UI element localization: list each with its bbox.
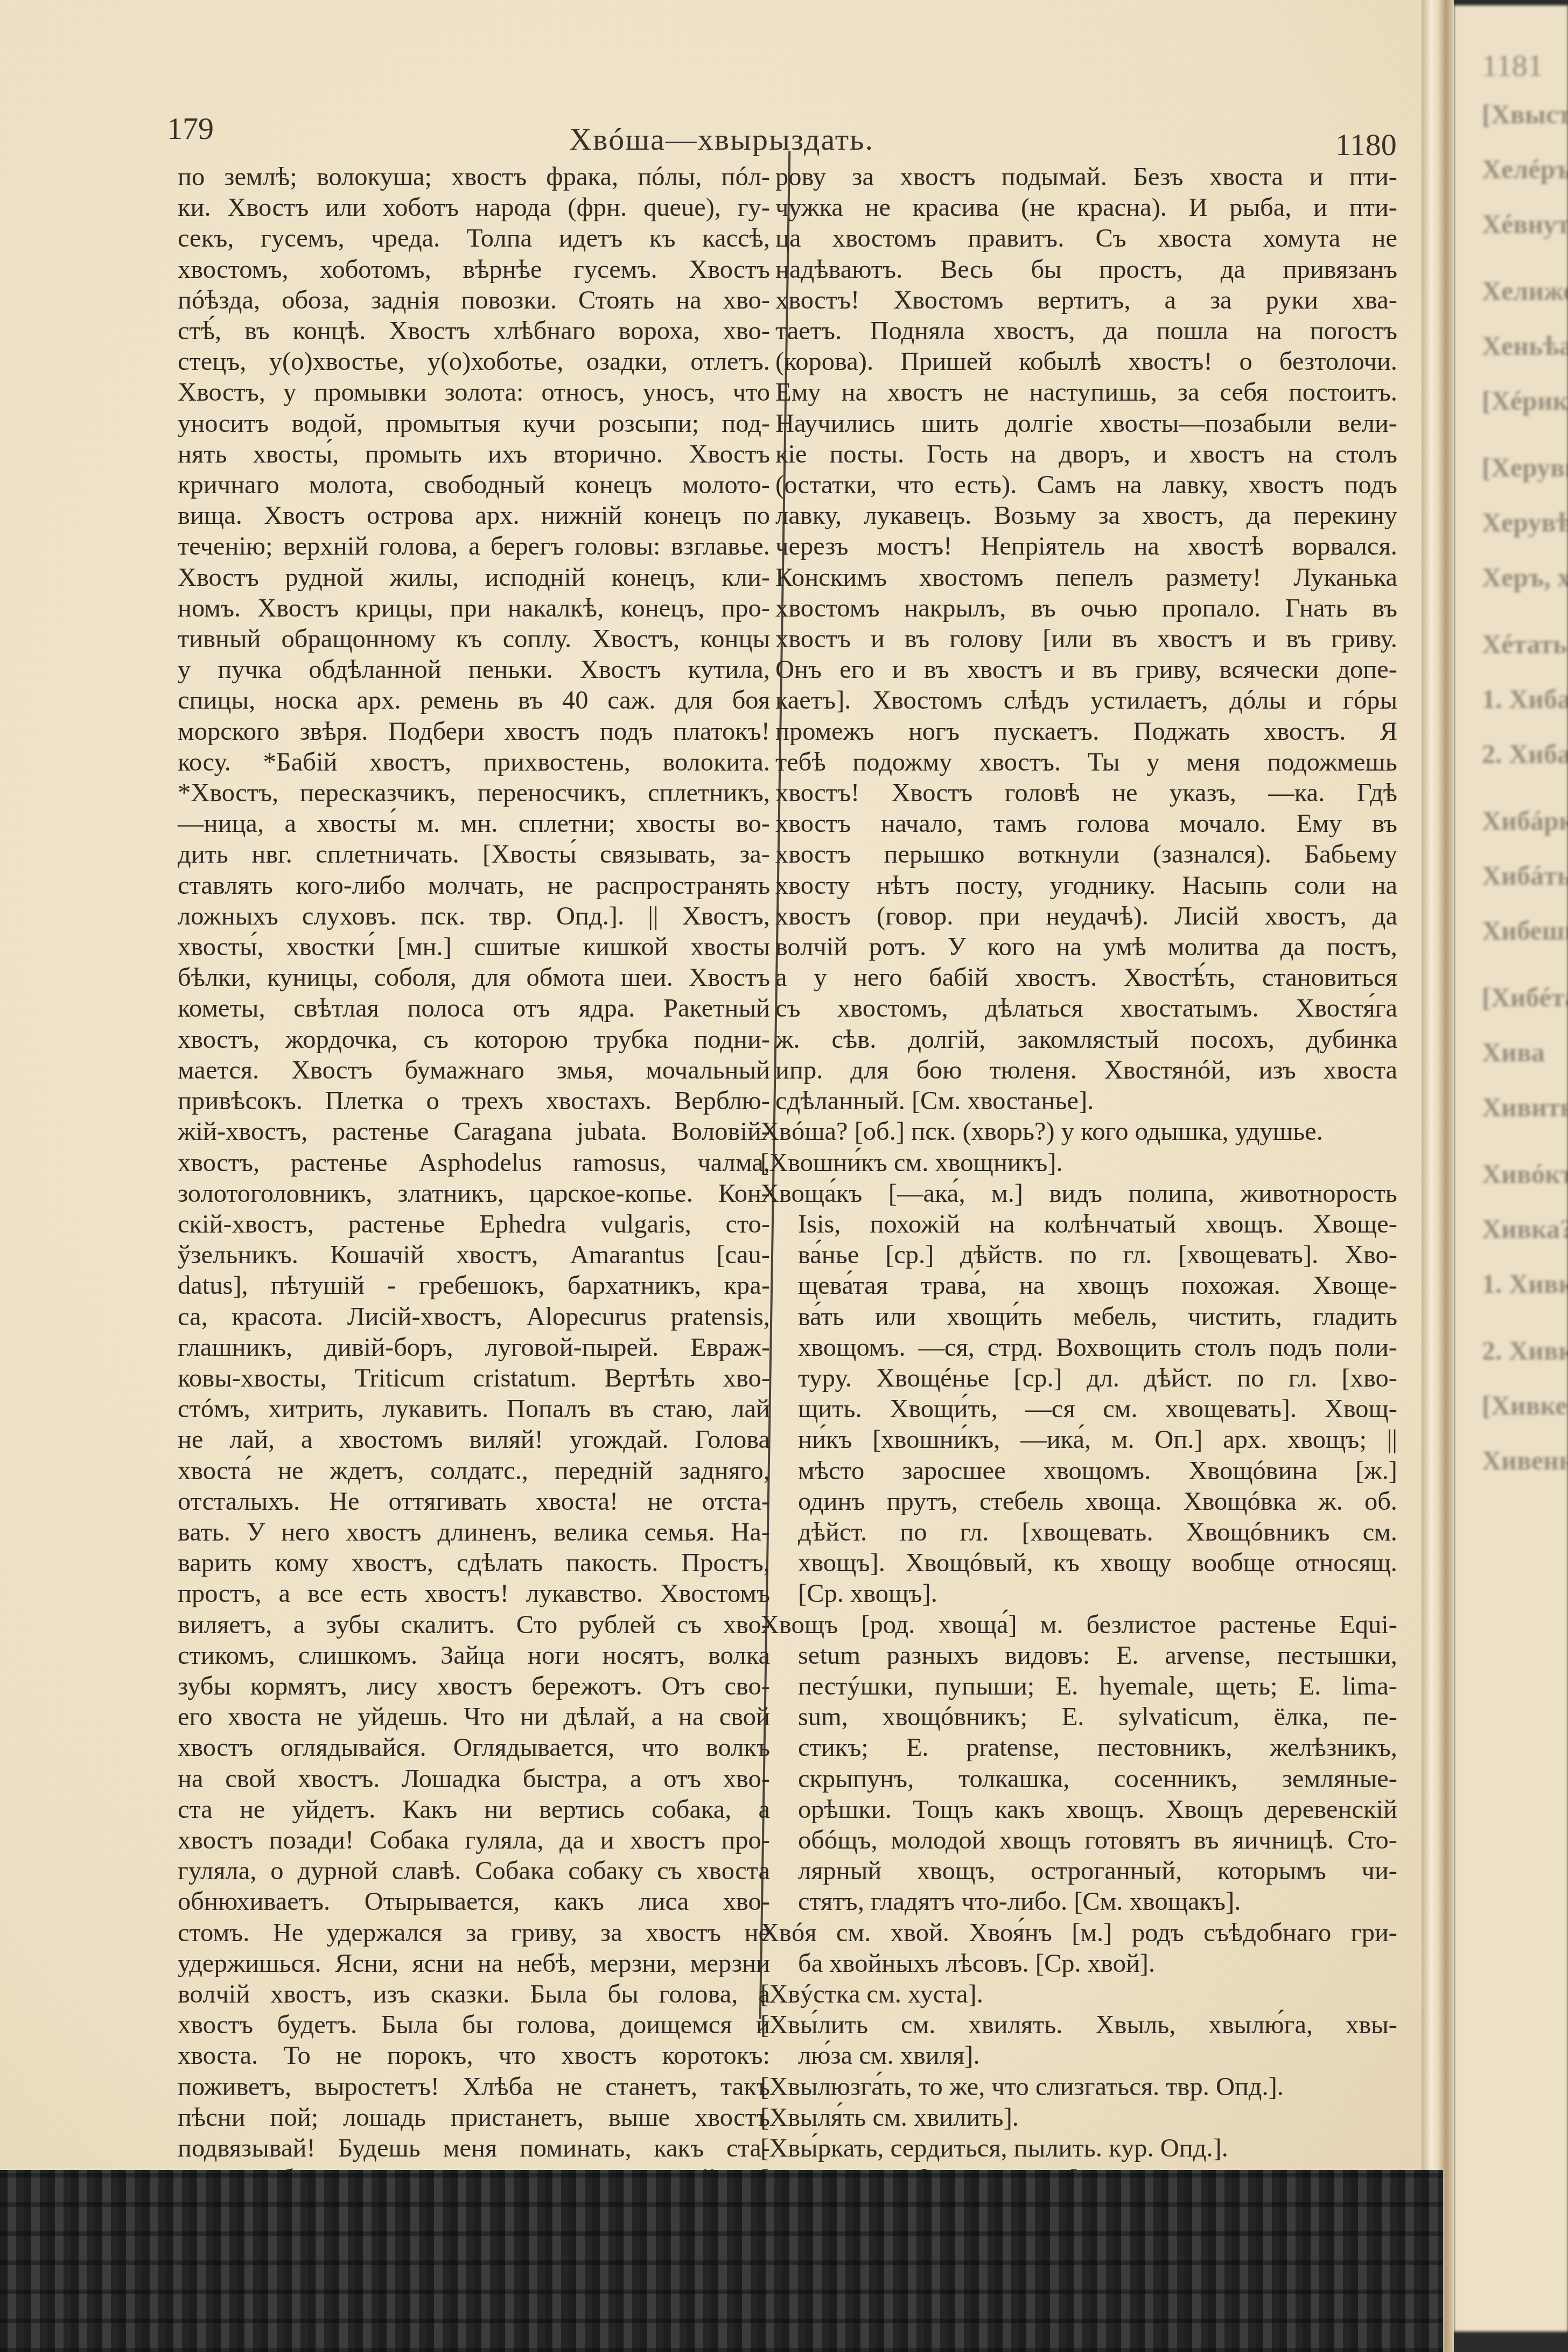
text-line: рову за хвостъ подымай. Безъ хвоста и пт… — [775, 162, 1397, 192]
text-line: гуляла, о дурной славѣ. Собака собаку съ… — [178, 1856, 770, 1886]
text-line: setum разныхъ видовъ: E. arvense, пестыш… — [760, 1640, 1397, 1671]
text-line: варить кому хвостъ, сдѣлать пакость. Про… — [178, 1548, 770, 1578]
book-page: 179 Хвóша—хвырыздать. 1180 по землѣ; вол… — [0, 0, 1443, 2181]
text-line: хвостомъ накрылъ, въ очью пропало. Гнать… — [775, 593, 1397, 624]
text-line: волчій хвостъ, изъ сказки. Была бы голов… — [178, 1979, 770, 2010]
text-line: косу. *Бабій хвостъ, прихвостень, волоки… — [178, 747, 770, 778]
page-number-right: 1180 — [1335, 127, 1397, 163]
text-line: хвостомъ, хоботомъ, вѣрнѣе гусемъ. Хвост… — [178, 254, 770, 285]
text-line: Онъ его и въ хвостъ и въ гриву, всячески… — [775, 654, 1397, 685]
text-line: лярный хвощъ, остроганный, которымъ чи- — [760, 1856, 1397, 1886]
entry-continuation: рову за хвостъ подымай. Безъ хвоста и пт… — [775, 162, 1397, 1116]
text-line: хвощъ]. Хвощóвый, къ хвощу вообще относя… — [760, 1548, 1397, 1578]
dictionary-entry: [Хвыля́ть см. хвилить]. — [760, 2102, 1397, 2133]
text-line: мѣсто заросшее хвощомъ. Хвощóвина [ж.] — [760, 1455, 1397, 1486]
text-line: [Хвы́ркать, сердиться, пылить. кур. Опд.… — [760, 2133, 1397, 2164]
text-line: стятъ, гладятъ что-либо. [См. хвощакъ]. — [760, 1886, 1397, 1917]
text-line: пóѣзда, обоза, заднія повозки. Стоять на… — [178, 285, 770, 316]
text-line: таетъ. Подняла хвостъ, да пошла на погос… — [775, 316, 1397, 346]
adjacent-page-line: 1. Хивка — [1482, 1266, 1568, 1301]
text-line: хвостъ (говор. при неудачѣ). Лисій хвост… — [775, 901, 1397, 932]
adjacent-page-line: [Хéрикъ — [1482, 383, 1568, 418]
text-line: тивный обращонному къ соплу. Хвостъ, кон… — [178, 624, 770, 654]
text-line: а у него бабій хвостъ. Хвостѣ́ть, станов… — [775, 962, 1397, 993]
text-line: ипр. для бою тюленя. Хвостянóй, изъ хвос… — [775, 1055, 1397, 1086]
text-line: кіе посты. Гость на дворъ, и хвостъ на с… — [775, 439, 1397, 470]
text-line: на свой хвостъ. Лошадка быстра, а отъ хв… — [178, 1763, 770, 1794]
text-line: дѣйст. по гл. [хвощевать. Хвощóвникъ см. — [760, 1517, 1397, 1548]
text-line: золотоголовникъ, златникъ, царское-копье… — [178, 1178, 770, 1209]
text-line: лю́за см. хвиля]. — [760, 2040, 1397, 2071]
text-line: хвостъ! Хвостомъ вертитъ, а за руки хва- — [775, 285, 1397, 316]
text-line: нять хвосты́, промыть ихъ вторично. Хвос… — [178, 439, 770, 470]
adjacent-page-line: Хибáрка — [1482, 803, 1568, 838]
text-line: sum, хвощóвникъ; E. sylvaticum, ёлка, пе… — [760, 1702, 1397, 1732]
adjacent-page-line: [Хивке — [1482, 1388, 1568, 1423]
text-line: секъ, гусемъ, чреда. Толпа идетъ къ касс… — [178, 223, 770, 254]
text-line: стецъ, у(о)хвостье, у(о)хоботье, озадки,… — [178, 346, 770, 377]
text-line: удержишься. Ясни, ясни на небѣ, мерзни, … — [178, 1948, 770, 1979]
page-header: 179 Хвóша—хвырыздать. 1180 — [0, 110, 1443, 159]
text-line: [Хвыля́ть см. хвилить]. — [760, 2102, 1397, 2133]
text-line: не лай, а хвостомъ виляй! угождай. Голов… — [178, 1424, 770, 1455]
text-line: ба хвойныхъ лѣсовъ. [Ср. хвой]. — [760, 1948, 1397, 1979]
text-line: щева́тая трава́, на хвощъ похожая. Хвоще… — [760, 1270, 1397, 1301]
text-line: хвостъ, растенье Asphodelus ramosus, чал… — [178, 1147, 770, 1178]
text-line: стикомъ, слишкомъ. Зайца ноги носятъ, во… — [178, 1640, 770, 1671]
text-line: хвоста. То не порокъ, что хвостъ короток… — [178, 2040, 770, 2071]
text-line: спицы, носка арх. ремень въ 40 саж. для … — [178, 685, 770, 716]
text-line: глашникъ, дивій-боръ, луговой-пырей. Евр… — [178, 1332, 770, 1363]
text-line: кричнаго молота, свободный конецъ молото… — [178, 470, 770, 500]
text-line: обнюхиваетъ. Отырывается, какъ лиса хво- — [178, 1886, 770, 1917]
text-line: простъ, а все есть хвостъ! лукавство. Хв… — [178, 1578, 770, 1609]
dictionary-entry: [Хвошни́къ см. хвощникъ]. — [760, 1147, 1397, 1178]
text-line: Хвóша? [об.] пск. (хворь?) у кого одышка… — [760, 1116, 1397, 1147]
text-line: ва́ть или хвощи́ть мебель, чистить, глад… — [760, 1301, 1397, 1332]
text-line: *Хвостъ, пересказчикъ, переносчикъ, спле… — [178, 778, 770, 808]
adjacent-page-text: [ХвыстáтьХелéръХéвнутьХелиженьХеньѣать[Х… — [1482, 97, 1568, 1510]
text-line: Хвóя см. хвой. Хвоя́нъ [м.] родъ съѣдобн… — [760, 1917, 1397, 1948]
text-line: стѣ́, въ концѣ. Хвостъ хлѣбнаго вороха, … — [178, 316, 770, 346]
text-line: волчій ротъ. У кого на умѣ молитва да по… — [775, 932, 1397, 962]
adjacent-page-line: [Хвыстáть — [1482, 97, 1568, 131]
dictionary-entry: [Хвылюзга́ть, то же, что слизгаться. твр… — [760, 2071, 1397, 2102]
text-line: номъ. Хвостъ крицы, при накалкѣ, конецъ,… — [178, 593, 770, 624]
dictionary-entry: [Хвы́лить см. хвилять. Хвыль, хвылю́га, … — [760, 2010, 1397, 2071]
text-line: стомъ. Не удержался за гриву, за хвостъ … — [178, 1917, 770, 1948]
text-line: вища. Хвостъ острова арх. нижній конецъ … — [178, 500, 770, 531]
adjacent-page-line: Хива — [1482, 1035, 1568, 1069]
text-line: Isis, похожій на колѣнчатый хвощъ. Хвоще… — [760, 1209, 1397, 1240]
adjacent-page-line: [Херувимовъ — [1482, 450, 1568, 485]
text-line: хвостъ начало, тамъ голова мочало. Ему в… — [775, 808, 1397, 839]
text-line: хвостъ, жордочка, съ которою трубка подн… — [178, 1024, 770, 1055]
adjacent-page-line: Хéтать — [1482, 627, 1568, 661]
adjacent-page-line: Херувѣмъ — [1482, 505, 1568, 540]
dictionary-entry: Хвóша? [об.] пск. (хворь?) у кого одышка… — [760, 1116, 1397, 1147]
running-title: Хвóша—хвырыздать. — [0, 121, 1443, 157]
adjacent-page-line: Хелижень — [1482, 274, 1568, 308]
text-line: обóщъ, молодой хвощъ готовятъ въ яичницѣ… — [760, 1825, 1397, 1856]
text-line: Научились шить долгіе хвосты—позабыли ве… — [775, 408, 1397, 439]
text-line: Хвостъ рудной жилы, исподній конецъ, кли… — [178, 562, 770, 593]
text-line: теченію; верхній голова, а берегъ головы… — [178, 531, 770, 562]
text-line: (корова). Пришей кобылѣ хвостъ! о безтол… — [775, 346, 1397, 377]
text-line: отсталыхъ. Не оттягивать хвоста! не отст… — [178, 1486, 770, 1517]
text-line: Конскимъ хвостомъ пепелъ размету! Лукань… — [775, 562, 1397, 593]
text-line: хвостъ перышко воткнули (зазнался). Бабь… — [775, 839, 1397, 870]
dictionary-entry: [Хвýстка см. хуста]. — [760, 1979, 1397, 2010]
text-line: Хвощъ [род. хвоща́] м. безлистое растень… — [760, 1609, 1397, 1640]
adjacent-page-line: Хивить — [1482, 1090, 1568, 1124]
text-line: щить. Хвощи́ть, —ся см. хвощевать]. Хвощ… — [760, 1394, 1397, 1424]
adjacent-page-line: Хивóкъ — [1482, 1157, 1568, 1191]
adjacent-page: 1181 [ХвыстáтьХелéръХéвнутьХелиженьХеньѣ… — [1454, 5, 1568, 2332]
text-line: черезъ мостъ! Непріятель на хвостѣ ворва… — [775, 531, 1397, 562]
adjacent-page-line: Хеньѣать — [1482, 328, 1568, 363]
book-gutter — [1422, 0, 1454, 2352]
text-line: datus], пѣтушій - гребешокъ, бархатникъ,… — [178, 1270, 770, 1301]
text-line: тебѣ подожму хвостъ. Ты у меня подожмешь — [775, 747, 1397, 778]
dictionary-entry: [Хвы́ркать, сердиться, пылить. кур. Опд.… — [760, 2133, 1397, 2164]
adjacent-page-line: 2. Хиба — [1482, 737, 1568, 771]
text-line: туру. Хвощéнье [ср.] дл. дѣйст. по гл. [… — [760, 1363, 1397, 1394]
dictionary-entry: Хвóя см. хвой. Хвоя́нъ [м.] родъ съѣдобн… — [760, 1917, 1397, 1979]
text-line: [Хвýстка см. хуста]. — [760, 1979, 1397, 2010]
text-line: жій-хвостъ, растенье Caragana jubata. Во… — [178, 1116, 770, 1147]
text-line: морского звѣря. Подбери хвостъ подъ плат… — [178, 716, 770, 747]
text-line: вать. У него хвостъ длиненъ, велика семь… — [178, 1517, 770, 1548]
text-line: хвостъ позади! Собака гуляла, да и хвост… — [178, 1825, 770, 1856]
text-line: орѣшки. Тощъ какъ хвощъ. Хвощъ деревенск… — [760, 1794, 1397, 1825]
left-column: по землѣ; волокуша; хвостъ фрака, пóлы, … — [178, 162, 770, 2194]
text-line: ковы-хвосты, Triticum cristatum. Вертѣть… — [178, 1363, 770, 1394]
text-line: хвосты́, хвостки́ [мн.] сшитые кишкой хв… — [178, 932, 770, 962]
text-line: хвостъ оглядывайся. Оглядывается, что во… — [178, 1732, 770, 1763]
adjacent-page-number: 1181 — [1482, 48, 1543, 83]
text-line: [Хвошни́къ см. хвощникъ]. — [760, 1147, 1397, 1178]
dictionary-entry: Хвоща́къ [—ака́, м.] видъ полипа, животн… — [760, 1178, 1397, 1609]
text-line: сдѣланный. [См. хвостанье]. — [775, 1086, 1397, 1116]
text-line: [Хвылюзга́ть, то же, что слизгаться. твр… — [760, 2071, 1397, 2102]
text-line: чужка не красива (не красна). И рыба, и … — [775, 192, 1397, 223]
text-line: хвоста́ не ждетъ, солдатс., передній зад… — [178, 1455, 770, 1486]
text-line: ки. Хвостъ или хоботъ народа (фрн. queue… — [178, 192, 770, 223]
text-line: съ хвостомъ, дѣлаться хвостатымъ. Хвостя… — [775, 993, 1397, 1024]
text-line: хвостъ! Хвостъ головѣ не указъ, —ка. Гдѣ — [775, 778, 1397, 808]
text-line: скій-хвостъ, растенье Ephedra vulgaris, … — [178, 1209, 770, 1240]
text-line: поживетъ, выростетъ! Хлѣба не станетъ, т… — [178, 2071, 770, 2102]
text-line: подвязывай! Будешь меня поминать, какъ с… — [178, 2133, 770, 2164]
text-line: кометы, свѣтлая полоса отъ ядра. Ракетны… — [178, 993, 770, 1024]
right-column: рову за хвостъ подымай. Безъ хвоста и пт… — [775, 162, 1397, 2194]
text-line: стóмъ, хитрить, лукавить. Попалъ въ стаю… — [178, 1394, 770, 1424]
text-line: по землѣ; волокуша; хвостъ фрака, пóлы, … — [178, 162, 770, 192]
text-line: мается. Хвостъ бумажнаго змья, мочальный — [178, 1055, 770, 1086]
text-line: виляетъ, а зубы скалитъ. Сто рублей съ х… — [178, 1609, 770, 1640]
text-line: хвосту нѣтъ посту, угоднику. Насыпь соли… — [775, 870, 1397, 901]
adjacent-page-line: Хелéръ — [1482, 152, 1568, 186]
text-line: уноситъ водой, промытыя кучи розсыпи; по… — [178, 408, 770, 439]
text-line: ўзельникъ. Кошачій хвостъ, Amarantus [ca… — [178, 1240, 770, 1270]
text-line: ни́къ [хвошни́къ, —ика́, м. Оп.] арх. хв… — [760, 1424, 1397, 1455]
text-line: хвостъ будетъ. Была бы голова, доищемся … — [178, 2010, 770, 2040]
adjacent-page-line: Хибешь — [1482, 913, 1568, 948]
adjacent-page-line: Херъ, хѣръ — [1482, 560, 1568, 594]
text-line: надѣваютъ. Весь бы простъ, да привязанъ — [775, 254, 1397, 285]
text-line: бѣлки, куницы, соболя, для обмота шеи. Х… — [178, 962, 770, 993]
text-line: пѣсни пой; лошадь пристанетъ, выше хвост… — [178, 2102, 770, 2133]
text-line: [Хвы́лить см. хвилять. Хвыль, хвылю́га, … — [760, 2010, 1397, 2040]
text-line: его хвоста не уйдешь. Что ни дѣлай, а на… — [178, 1702, 770, 1732]
text-line: ложныхъ слуховъ. пск. твр. Опд.]. || Хво… — [178, 901, 770, 932]
text-line: промежъ ногъ пускаетъ. Поджать хвостъ. Я — [775, 716, 1397, 747]
text-line: хвостъ и въ голову [или въ хвостъ и въ г… — [775, 624, 1397, 654]
text-line: одинъ прутъ, стебель хвоща. Хвощóвка ж. … — [760, 1486, 1397, 1517]
adjacent-page-line: Хéвнуть — [1482, 207, 1568, 241]
text-line: [Ср. хвощъ]. — [760, 1578, 1397, 1609]
text-line: ста не уйдетъ. Какъ ни вертись собака, а — [178, 1794, 770, 1825]
text-line: (остатки, что есть). Самъ на лавку, хвос… — [775, 470, 1397, 500]
text-line: привѣсокъ. Плетка о трехъ хвостахъ. Верб… — [178, 1086, 770, 1116]
text-line: стикъ; E. pratense, пестовникъ, желѣзник… — [760, 1732, 1397, 1763]
text-line: каетъ]. Хвостомъ слѣдъ устилаетъ, дóлы и… — [775, 685, 1397, 716]
text-line: пестýшки, пупыши; E. hyemale, щеть; E. l… — [760, 1671, 1397, 1702]
adjacent-page-line: 1. Хиба — [1482, 682, 1568, 716]
text-line: Ему на хвостъ не наступишь, за себя пост… — [775, 377, 1397, 408]
text-line: Хвоща́къ [—ака́, м.] видъ полипа, животн… — [760, 1178, 1397, 1209]
text-line: у пучка обдѣланной пеньки. Хвостъ кутила… — [178, 654, 770, 685]
text-line: Хвостъ, у промывки золота: относъ, уносъ… — [178, 377, 770, 408]
adjacent-page-line: Хивка? — [1482, 1212, 1568, 1246]
text-line: ца хвостомъ правитъ. Съ хвоста хомута не — [775, 223, 1397, 254]
text-line: —ница, а хвосты́ м. мн. сплетни; хвосты … — [178, 808, 770, 839]
adjacent-page-line: [Хибéта — [1482, 980, 1568, 1014]
text-line: хвощомъ. —ся, стрд. Вохвощить столъ подъ… — [760, 1332, 1397, 1363]
text-line: са, красота. Лисій-хвостъ, Alopecurus pr… — [178, 1301, 770, 1332]
text-line: зубы кормятъ, лису хвостъ бережотъ. Отъ … — [178, 1671, 770, 1702]
adjacent-page-line: Хибáть — [1482, 858, 1568, 893]
text-line: ставлять кого-либо молчать, не распростр… — [178, 870, 770, 901]
text-line: ва́нье [ср.] дѣйств. по гл. [хвощевать].… — [760, 1240, 1397, 1270]
adjacent-page-line: 2. Хивка — [1482, 1333, 1568, 1368]
adjacent-page-line: Хивенникъ — [1482, 1443, 1568, 1478]
text-line: ж. сѣв. долгій, закомлястый посохъ, дуби… — [775, 1024, 1397, 1055]
background-mat — [0, 2170, 1443, 2352]
text-line: дить нвг. сплетничать. [Хвосты́ связыват… — [178, 839, 770, 870]
text-line: лавку, лукавецъ. Возьму за хвостъ, да пе… — [775, 500, 1397, 531]
dictionary-entry: Хвощъ [род. хвоща́] м. безлистое растень… — [760, 1609, 1397, 1917]
text-line: скрыпунъ, толкашка, сосенникъ, земляные- — [760, 1763, 1397, 1794]
